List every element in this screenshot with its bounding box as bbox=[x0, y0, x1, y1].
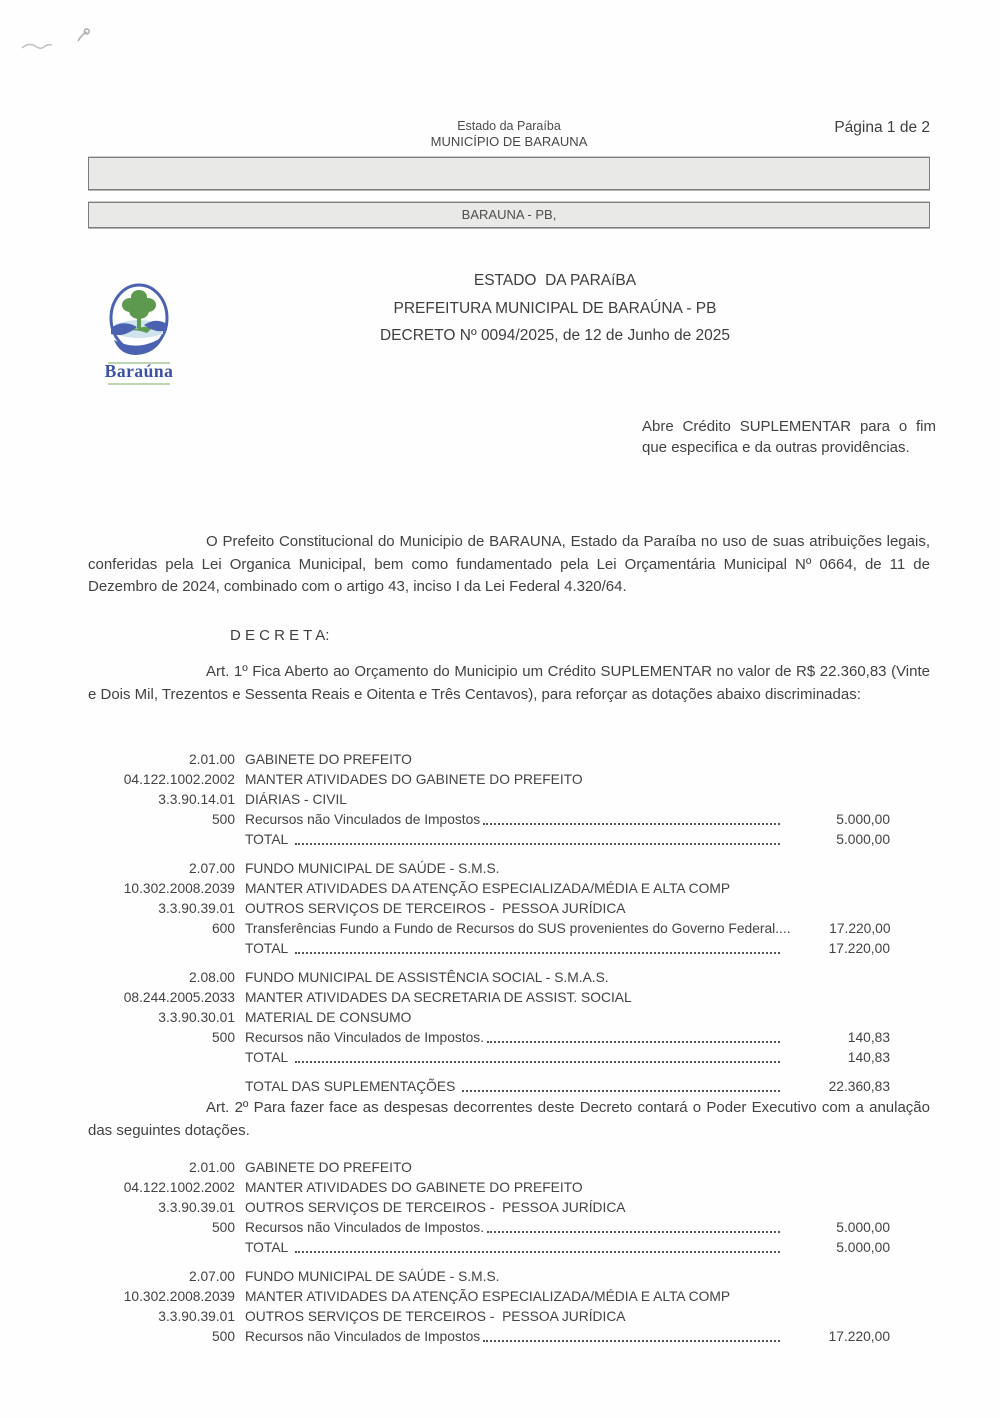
budget-code: 10.302.2008.2039 bbox=[88, 1287, 235, 1307]
budget-label: Recursos não Vinculados de Impostos bbox=[245, 810, 480, 830]
budget-label: OUTROS SERVIÇOS DE TERCEIROS - PESSOA JU… bbox=[245, 899, 626, 919]
dotted-leader bbox=[462, 1090, 780, 1092]
budget-code: 3.3.90.30.01 bbox=[88, 1008, 235, 1028]
budget-label: OUTROS SERVIÇOS DE TERCEIROS - PESSOA JU… bbox=[245, 1307, 626, 1327]
budget-code: 3.3.90.39.01 bbox=[88, 899, 235, 919]
budget-label: DIÁRIAS - CIVIL bbox=[245, 790, 347, 810]
budget-label: Transferências Fundo a Fundo de Recursos… bbox=[245, 919, 791, 939]
budget-code: 2.08.00 bbox=[88, 968, 235, 988]
budget-label: Recursos não Vinculados de Impostos bbox=[245, 1327, 480, 1347]
decree-title: ESTADO DA PARAíBA PREFEITURA MUNICIPAL D… bbox=[180, 267, 930, 350]
annulment-table: 2.01.00GABINETE DO PREFEITO04.122.1002.2… bbox=[88, 1158, 890, 1347]
dotted-leader bbox=[295, 952, 780, 954]
budget-code: 3.3.90.39.01 bbox=[88, 1198, 235, 1218]
budget-value: 5.000,00 bbox=[790, 830, 890, 850]
budget-code: 08.244.2005.2033 bbox=[88, 988, 235, 1008]
budget-row: 2.01.00GABINETE DO PREFEITO bbox=[88, 750, 890, 770]
header-municipality: MUNICÍPIO DE BARAUNA bbox=[88, 134, 930, 149]
budget-row: 500Recursos não Vinculados de Impostos.1… bbox=[88, 1028, 890, 1048]
budget-value: 5.000,00 bbox=[790, 1238, 890, 1258]
budget-code: 2.07.00 bbox=[88, 859, 235, 879]
tree-lake-hands-emblem-icon bbox=[97, 282, 181, 356]
budget-row: 08.244.2005.2033MANTER ATIVIDADES DA SEC… bbox=[88, 988, 890, 1008]
budget-code: 500 bbox=[88, 810, 235, 830]
budget-label: MANTER ATIVIDADES DO GABINETE DO PREFEIT… bbox=[245, 1178, 583, 1198]
budget-row: TOTAL 17.220,00 bbox=[88, 939, 890, 959]
empty-gray-bar bbox=[88, 157, 930, 190]
budget-code: 2.01.00 bbox=[88, 750, 235, 770]
budget-label: MATERIAL DE CONSUMO bbox=[245, 1008, 411, 1028]
budget-value: 22.360,83 bbox=[790, 1077, 890, 1097]
dotted-leader bbox=[295, 1251, 780, 1253]
budget-code: 3.3.90.14.01 bbox=[88, 790, 235, 810]
budget-label: Recursos não Vinculados de Impostos. bbox=[245, 1028, 484, 1048]
budget-row: TOTAL 140,83 bbox=[88, 1048, 890, 1068]
budget-row: 10.302.2008.2039MANTER ATIVIDADES DA ATE… bbox=[88, 879, 890, 899]
title-decree-number: DECRETO Nº 0094/2025, de 12 de Junho de … bbox=[180, 322, 930, 350]
budget-row: 2.07.00FUNDO MUNICIPAL DE SAÚDE - S.M.S. bbox=[88, 1267, 890, 1287]
budget-row: 3.3.90.39.01OUTROS SERVIÇOS DE TERCEIROS… bbox=[88, 899, 890, 919]
budget-label: MANTER ATIVIDADES DO GABINETE DO PREFEIT… bbox=[245, 770, 583, 790]
budget-code: 10.302.2008.2039 bbox=[88, 879, 235, 899]
budget-label: Recursos não Vinculados de Impostos. bbox=[245, 1218, 484, 1238]
budget-code: 2.01.00 bbox=[88, 1158, 235, 1178]
budget-row: 2.01.00GABINETE DO PREFEITO bbox=[88, 1158, 890, 1178]
budget-row: 3.3.90.39.01OUTROS SERVIÇOS DE TERCEIROS… bbox=[88, 1198, 890, 1218]
budget-label: TOTAL DAS SUPLEMENTAÇÕES bbox=[245, 1077, 459, 1097]
decreta-heading: D E C R E T A: bbox=[230, 627, 329, 644]
pen-mark-icon bbox=[20, 38, 54, 52]
budget-label: MANTER ATIVIDADES DA ATENÇÃO ESPECIALIZA… bbox=[245, 879, 730, 899]
header-state: Estado da Paraíba bbox=[88, 119, 930, 134]
dotted-leader bbox=[295, 843, 780, 845]
page-number: Página 1 de 2 bbox=[834, 119, 930, 137]
scanned-decree-page: Estado da Paraíba MUNICÍPIO DE BARAUNA P… bbox=[0, 0, 1000, 1418]
budget-row: TOTAL DAS SUPLEMENTAÇÕES 22.360,83 bbox=[88, 1077, 890, 1097]
budget-label: TOTAL bbox=[245, 1238, 292, 1258]
budget-label: TOTAL bbox=[245, 1048, 292, 1068]
title-state: ESTADO DA PARAíBA bbox=[180, 267, 930, 295]
budget-row: 2.07.00FUNDO MUNICIPAL DE SAÚDE - S.M.S. bbox=[88, 859, 890, 879]
budget-row: 500Recursos não Vinculados de Impostos5.… bbox=[88, 810, 890, 830]
budget-value: 5.000,00 bbox=[790, 810, 890, 830]
budget-label: MANTER ATIVIDADES DA SECRETARIA DE ASSIS… bbox=[245, 988, 632, 1008]
budget-value: 17.220,00 bbox=[790, 939, 890, 959]
budget-label: TOTAL bbox=[245, 939, 292, 959]
budget-row: 500Recursos não Vinculados de Impostos17… bbox=[88, 1327, 890, 1347]
budget-label: FUNDO MUNICIPAL DE SAÚDE - S.M.S. bbox=[245, 859, 500, 879]
decree-summary: Abre Crédito SUPLEMENTAR para o fim que … bbox=[642, 417, 936, 458]
budget-row: TOTAL 5.000,00 bbox=[88, 1238, 890, 1258]
budget-label: TOTAL bbox=[245, 830, 292, 850]
dotted-leader bbox=[483, 823, 780, 825]
budget-code: 3.3.90.39.01 bbox=[88, 1307, 235, 1327]
budget-row: 600Transferências Fundo a Fundo de Recur… bbox=[88, 919, 890, 939]
article2-paragraph: Art. 2º Para fazer face as despesas deco… bbox=[88, 1097, 930, 1142]
pen-mark-icon bbox=[74, 28, 92, 46]
budget-row: 500Recursos não Vinculados de Impostos.5… bbox=[88, 1218, 890, 1238]
budget-code: 04.122.1002.2002 bbox=[88, 1178, 235, 1198]
municipal-logo: Baraúna bbox=[94, 282, 184, 386]
budget-code: 600 bbox=[88, 919, 235, 939]
budget-row: 3.3.90.30.01MATERIAL DE CONSUMO bbox=[88, 1008, 890, 1028]
budget-row: 04.122.1002.2002MANTER ATIVIDADES DO GAB… bbox=[88, 1178, 890, 1198]
budget-code: 500 bbox=[88, 1028, 235, 1048]
dotted-leader bbox=[487, 1041, 780, 1043]
dotted-leader bbox=[295, 1061, 780, 1063]
budget-label: MANTER ATIVIDADES DA ATENÇÃO ESPECIALIZA… bbox=[245, 1287, 730, 1307]
budget-code: 2.07.00 bbox=[88, 1267, 235, 1287]
budget-label: GABINETE DO PREFEITO bbox=[245, 1158, 412, 1178]
budget-value: 140,83 bbox=[790, 1028, 890, 1048]
budget-label: FUNDO MUNICIPAL DE ASSISTÊNCIA SOCIAL - … bbox=[245, 968, 609, 988]
budget-code: 500 bbox=[88, 1218, 235, 1238]
budget-row: 2.08.00FUNDO MUNICIPAL DE ASSISTÊNCIA SO… bbox=[88, 968, 890, 988]
budget-value: 17.220,00 bbox=[790, 1327, 890, 1347]
dotted-leader bbox=[483, 1340, 780, 1342]
document-header: Estado da Paraíba MUNICÍPIO DE BARAUNA bbox=[88, 119, 930, 149]
budget-code: 500 bbox=[88, 1327, 235, 1347]
supplementation-table: 2.01.00GABINETE DO PREFEITO04.122.1002.2… bbox=[88, 750, 890, 1097]
budget-row: 04.122.1002.2002MANTER ATIVIDADES DO GAB… bbox=[88, 770, 890, 790]
budget-value: 5.000,00 bbox=[790, 1218, 890, 1238]
logo-microtext-top bbox=[108, 362, 170, 364]
budget-label: OUTROS SERVIÇOS DE TERCEIROS - PESSOA JU… bbox=[245, 1198, 626, 1218]
budget-row: 3.3.90.39.01OUTROS SERVIÇOS DE TERCEIROS… bbox=[88, 1307, 890, 1327]
budget-label: FUNDO MUNICIPAL DE SAÚDE - S.M.S. bbox=[245, 1267, 500, 1287]
city-gray-bar: BARAUNA - PB, bbox=[88, 202, 930, 228]
budget-label: GABINETE DO PREFEITO bbox=[245, 750, 412, 770]
budget-code: 04.122.1002.2002 bbox=[88, 770, 235, 790]
budget-row: TOTAL 5.000,00 bbox=[88, 830, 890, 850]
logo-microtext-bottom bbox=[108, 383, 170, 385]
budget-value: 140,83 bbox=[790, 1048, 890, 1068]
preamble-paragraph: O Prefeito Constitucional do Municipio d… bbox=[88, 531, 930, 599]
article1-paragraph: Art. 1º Fica Aberto ao Orçamento do Muni… bbox=[88, 661, 930, 706]
title-prefeitura: PREFEITURA MUNICIPAL DE BARAÚNA - PB bbox=[180, 295, 930, 323]
dotted-leader bbox=[487, 1231, 780, 1233]
budget-value: 17.220,00 bbox=[791, 919, 891, 939]
budget-row: 10.302.2008.2039MANTER ATIVIDADES DA ATE… bbox=[88, 1287, 890, 1307]
logo-name: Baraúna bbox=[94, 361, 184, 382]
budget-row: 3.3.90.14.01DIÁRIAS - CIVIL bbox=[88, 790, 890, 810]
